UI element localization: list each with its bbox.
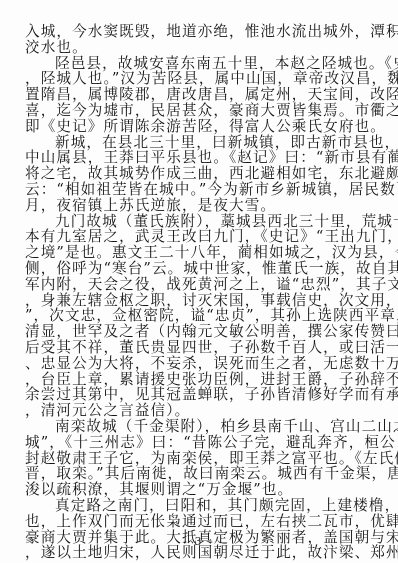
text-line: 喜，迄今为墟市，民居甚众，豪商大贾皆集焉。市衢之西，有西门豹之庙，此	[25, 103, 361, 119]
text-line: ，清河元公之言益信）。	[25, 403, 361, 419]
text-line: 九门故城（董氏族附），藁城县西北三十里，荒城一区，盖战国时赵邑，	[25, 214, 361, 230]
text-line: 后受其不祥，董氏贵显四世，子孙数千百人，或曰活一人者，必有后，龙虎公	[25, 340, 361, 356]
text-line: 洨水也。	[25, 40, 361, 56]
text-line: 月，夜宿镇上苏氏逆旅，是夜大雪。	[25, 198, 361, 214]
page-number: - 3 -	[0, 535, 398, 548]
text-line: 余尝过其第中，见其冠盖蝉联，子孙皆清修好学而有承平公子之风。”观乎此	[25, 387, 361, 403]
text-line: 南栾故城（千金渠附），柏乡县南千山、宫山二山之西也，俗呼为“南陵	[25, 419, 361, 435]
text-line: 中山属县，王莽曰平乐县也。《赵记》曰：“新市县有蔺相如、廉颇、李牧三	[25, 150, 361, 166]
text-line: 、忠显公为大将，不妄杀，误死而生之者，无虑数十万人。其诸以是为德与后	[25, 356, 361, 372]
text-line: ，陉城人也。”汉为苦陉县，属中山国，章帝改汉昌，魏改魏昌，北齐废，隋	[25, 71, 361, 87]
text-line: 入城，今水窦既毁，地道亦绝，惟池水流出城外，潭积微涟滑滑，东北流注于	[25, 24, 361, 40]
text-line: 真定路之南门，曰阳和，其门颇完固，上建楼橹，以为真定帑藏之巨盈库	[25, 498, 361, 514]
text-line: 军内附，天会之役，战死黄河之上，谥“忠烈”，其子文炳忠献公，受知世祖	[25, 277, 361, 293]
text-line: ，身兼左辖佥枢之职，讨灭宋国，事载信史，次文用，为翰林承旨，谥“忠穆	[25, 293, 361, 309]
text-line: 浚以疏积潦，其堰则谓之“万金堰”也。	[25, 482, 361, 498]
text-line: ，台臣上章，累请援史张功臣例，进封王爵，子孙辞不受，盖以满盈为诫也，	[25, 372, 361, 388]
text-line: 城”，《十三州志》曰：“昔陈公子完，避乱奔齐，桓公以此封之。”汉武帝	[25, 435, 361, 451]
document-page: 入城，今水窦既毁，地道亦绝，惟池水流出城外，潭积微涟滑滑，东北流注于洨水也。陉邑…	[0, 0, 398, 563]
text-line: 侧，俗呼为“寒台”云。城中世家，惟董氏一族，故自其龙虎卫上将军俊帅孤	[25, 261, 361, 277]
text-line: 将之宅，故其城势作成三曲，西北避相如宅，东北避颇宅，东南避牧宅。”又	[25, 166, 361, 182]
text-line: 本有九室居之，武灵王改曰九门，《史记》“王出九门，如野台，以望齐中山	[25, 229, 361, 245]
text-line: 新城，在县北三十里，曰新城镇，即古新市县也，为白狄鲜虞之国，汉为	[25, 135, 361, 151]
text-line: 即《史记》所谓陈余游苦陉，得富人公乘氏女府也。	[25, 119, 361, 135]
text-line: 云：“相如祖茔皆在城中。”今为新市乡新城镇，居民数百家，为墟市。十二	[25, 182, 361, 198]
body-text: 入城，今水窦既毁，地道亦绝，惟池水流出城外，潭积微涟滑滑，东北流注于洨水也。陉邑…	[25, 24, 361, 561]
text-line: 之境”是也。惠文王二十八年，蔺相如城之，汉为县，今为九门镇，野台在城	[25, 245, 361, 261]
text-line: 置隋昌，属博陵郡，唐改唐昌，属定州，天宝间，改陉邑，至宋康初，省入安	[25, 87, 361, 103]
text-line: 晋，取栾。”其后南徙，故曰南栾云。城西有千金渠，唐开元中，县令王佐所	[25, 466, 361, 482]
text-line: 封赵敬肃王子它，为南栾侯，即王莽之富平也。《左氏传》曰：“齐国，夏伐	[25, 451, 361, 467]
text-line: 清显，世罕及之者（内翰元文敏公明善，撰公家传赞曰：“或曰为将三世，其	[25, 324, 361, 340]
text-line: ”，次文忠，佥枢密院，谥“忠贞”，其孙上选陕西平章，谥“忠宣”，子孙	[25, 308, 361, 324]
text-line: 也，上作双门而无伥枭通过而已，左右挟二瓦市，优肆、娼门、酒垆、茶灶、	[25, 514, 361, 530]
